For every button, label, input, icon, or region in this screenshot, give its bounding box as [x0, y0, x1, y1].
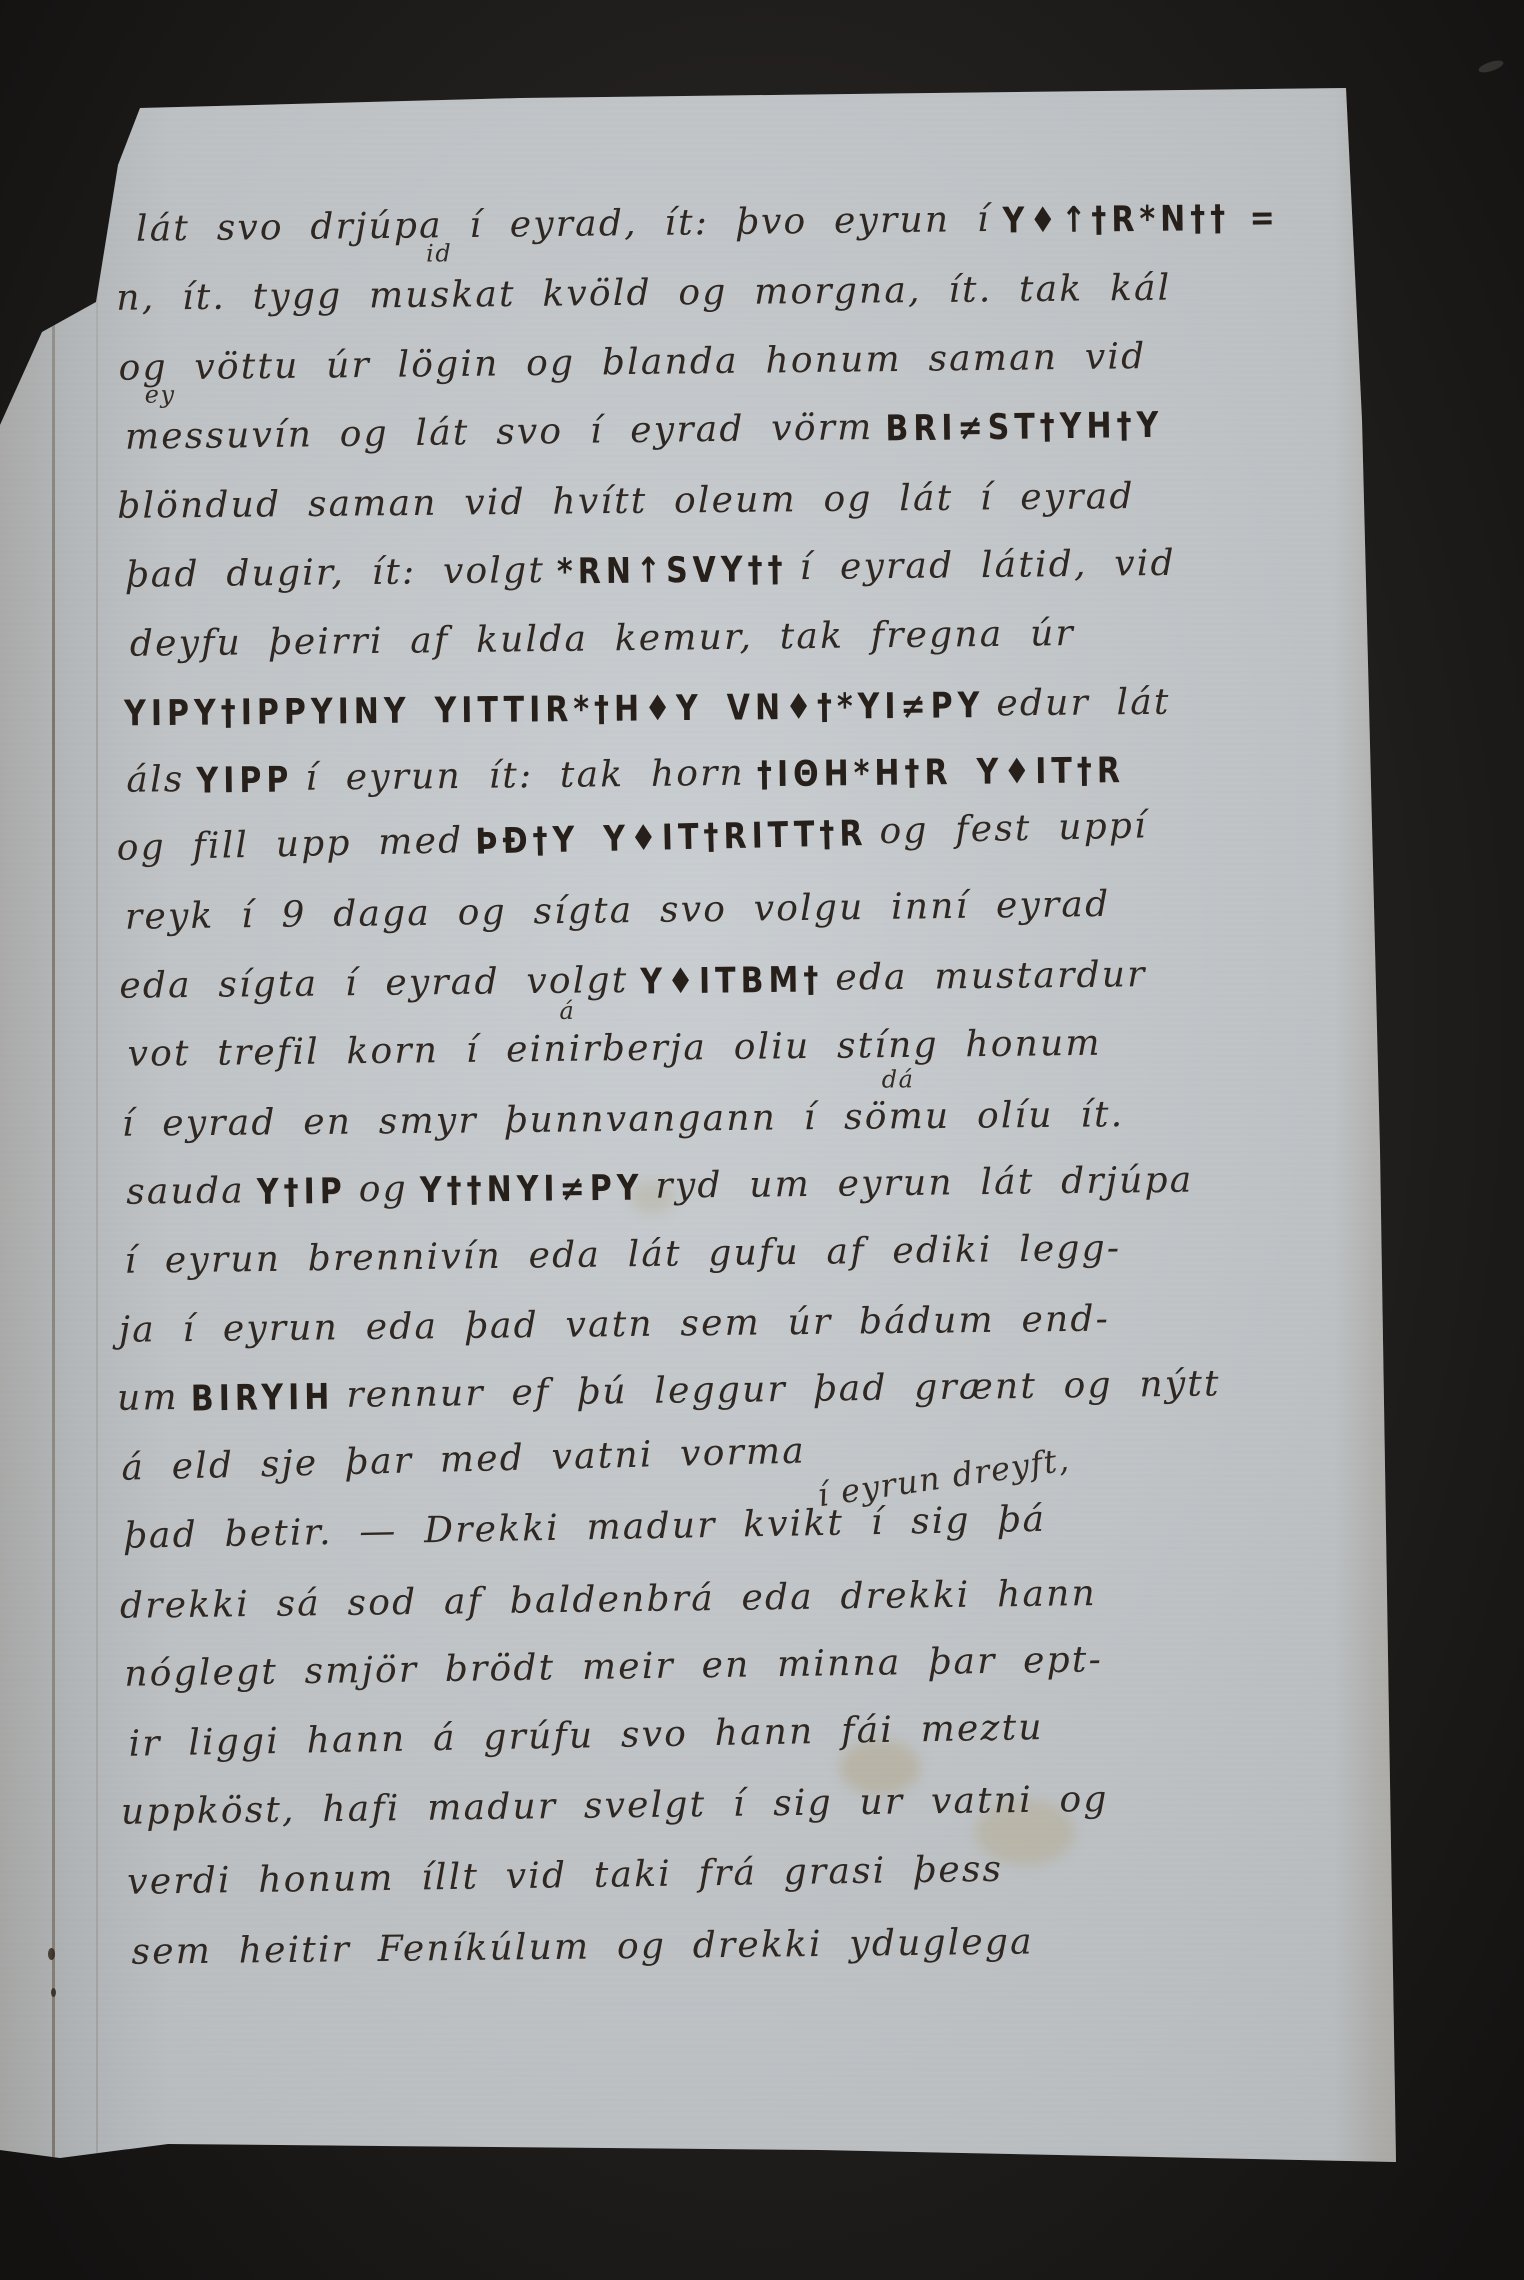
runic-cipher-segment: YIPY†IPPYINY	[124, 694, 411, 732]
text-line: á eld sje þar med vatni vorma	[121, 1429, 807, 1490]
text-line: reyk í 9 daga og sígta svo volgu inní ey…	[125, 883, 1111, 939]
handwriting-segment: í eyrad en smyr þunnvangann í sömu olíu …	[122, 1094, 1125, 1145]
handwriting-segment: blöndud saman vid hvítt oleum og lát í e…	[117, 476, 1135, 527]
text-block: lát svo drjúpa í eyrad, ít: þvo eyrun íY…	[0, 0, 1524, 2280]
text-line: lát svo drjúpa í eyrad, ít: þvo eyrun íY…	[136, 195, 1292, 251]
text-line: saudaY†IPogY††NYI≠PYryd um eyrun lát drj…	[126, 1159, 1194, 1214]
handwriting-segment: þad betir. — Drekki madur kvikt í sig þá	[123, 1499, 1046, 1557]
runic-cipher-segment: Y♦IT†R	[976, 754, 1125, 791]
text-line: ir liggi hann á grúfu svo hann fái meztu	[128, 1706, 1044, 1766]
handwriting-segment: og fest uppí	[879, 805, 1148, 852]
handwriting-segment: verdi honum íllt vid taki frá grasi þess	[127, 1849, 1004, 1903]
handwriting-segment: í eyrun brennivín eda lát gufu af ediki …	[124, 1228, 1121, 1282]
handwriting-segment: drekki sá sod af baldenbrá eda drekki ha…	[120, 1573, 1097, 1627]
text-line: blöndud saman vid hvítt oleum og lát í e…	[117, 475, 1135, 528]
handwriting-segment: lát svo drjúpa í eyrad, ít: þvo eyrun í	[136, 199, 991, 250]
runic-cipher-segment: *RN↑SVY††	[557, 553, 788, 591]
handwriting-segment: og vöttu úr lögin og blanda honum saman …	[118, 336, 1146, 389]
runic-cipher-segment: Y♦↑†R*N†† =	[1002, 201, 1280, 240]
runic-cipher-segment: Y††NYI≠PY	[420, 1171, 644, 1209]
manuscript-scan: lát svo drjúpa í eyrad, ít: þvo eyrun íY…	[0, 0, 1524, 2280]
handwriting-segment: í eyrun ít: tak horn	[305, 753, 745, 799]
handwriting-segment: reyk í 9 daga og sígta svo volgu inní ey…	[125, 884, 1111, 938]
text-line: drekki sá sod af baldenbrá eda drekki ha…	[120, 1572, 1097, 1628]
text-line: umBIRYIHrennur ef þú leggur þad grænt og…	[117, 1362, 1221, 1420]
runic-cipher-segment: VN♦†*YI≠PY	[727, 689, 985, 727]
text-line: uppköst, hafi madur svelgt í sig ur vatn…	[121, 1778, 1109, 1834]
handwriting-segment: ja í eyrun eda þad vatn sem úr bádum end…	[119, 1299, 1111, 1351]
handwriting-segment: þad dugir, ít: volgt	[125, 550, 545, 596]
handwriting-segment: messuvín og lát svo í eyrad vörm	[125, 407, 874, 458]
handwriting-segment: nóglegt smjör brödt meir en minna þar ep…	[124, 1639, 1103, 1695]
runic-cipher-segment: YITTIR*†H♦Y	[434, 692, 703, 730]
text-line: álsYIPPí eyrun ít: tak horn†IΘH*H†RY♦IT†…	[126, 747, 1137, 802]
runic-cipher-segment: Y♦ITBM†	[640, 963, 823, 1000]
handwriting-segment: rennur ef þú leggur þad grænt og nýtt	[346, 1363, 1221, 1415]
text-line: deyfu þeirri af kulda kemur, tak fregna …	[130, 612, 1076, 666]
text-line: þad dugir, ít: volgt*RN↑SVY††í eyrad lát…	[125, 542, 1176, 597]
handwriting-segment: sauda	[126, 1170, 245, 1212]
text-line: eda sígta í eyrad volgtY♦ITBM†eda mustar…	[119, 953, 1147, 1008]
marginal-note: dá	[882, 1067, 915, 1091]
text-line: og fill upp medÞÐ†YY♦IT†RITT†Rog fest up…	[116, 804, 1148, 870]
handwriting-segment: ryd um eyrun lát drjúpa	[655, 1160, 1194, 1207]
runic-cipher-segment: BRI≠ST†YH†Y	[885, 408, 1163, 447]
handwriting-segment: n, ít. tygg muskat kvöld og morgna, ít. …	[116, 268, 1171, 319]
text-line: ja í eyrun eda þad vatn sem úr bádum end…	[119, 1298, 1111, 1352]
handwriting-segment: og	[358, 1169, 408, 1211]
marginal-note: id	[426, 241, 452, 265]
runic-cipher-segment: YIPP	[196, 763, 293, 799]
text-line: sem heitir Feníkúlum og drekki yduglega	[131, 1921, 1034, 1974]
background-smudge	[1477, 58, 1505, 75]
manuscript-page: lát svo drjúpa í eyrad, ít: þvo eyrun íY…	[0, 0, 1524, 2280]
handwriting-segment: um	[117, 1377, 179, 1419]
handwriting-segment: uppköst, hafi madur svelgt í sig ur vatn…	[121, 1779, 1109, 1833]
text-line: og vöttu úr lögin og blanda honum saman …	[118, 335, 1146, 390]
text-line: YIPY†IPPYINYYITTIR*†H♦YVN♦†*YI≠PYedur lá…	[124, 681, 1171, 734]
handwriting-segment: í eyrad látid, vid	[799, 543, 1176, 588]
handwriting-segment: eda mustardur	[835, 954, 1147, 999]
marginal-note: á	[559, 999, 575, 1023]
handwriting-segment: edur lát	[996, 682, 1171, 725]
handwriting-segment: og fill upp med	[116, 820, 463, 869]
text-line: n, ít. tygg muskat kvöld og morgna, ít. …	[116, 267, 1171, 320]
runic-cipher-segment: Y†IP	[257, 1175, 347, 1211]
runic-cipher-segment: BIRYIH	[191, 1380, 335, 1417]
runic-cipher-segment: †IΘH*H†R	[757, 756, 953, 794]
runic-cipher-segment: ÞÐ†Y	[475, 823, 580, 861]
runic-cipher-segment: Y♦IT†RITT†R	[603, 817, 868, 858]
handwriting-segment: eda sígta í eyrad volgt	[119, 960, 628, 1007]
text-line: í eyrad en smyr þunnvangann í sömu olíu …	[122, 1093, 1125, 1146]
handwriting-segment: deyfu þeirri af kulda kemur, tak fregna …	[130, 613, 1076, 665]
handwriting-segment: ir liggi hann á grúfu svo hann fái meztu	[128, 1707, 1044, 1765]
text-line: vot trefil korn í einirberja oliu stíng …	[127, 1022, 1102, 1076]
handwriting-segment: á eld sje þar med vatni vorma	[121, 1430, 807, 1488]
text-line: í eyrun brennivín eda lát gufu af ediki …	[124, 1227, 1121, 1283]
text-line: nóglegt smjör brödt meir en minna þar ep…	[124, 1638, 1103, 1696]
handwriting-segment: áls	[126, 759, 185, 801]
handwriting-segment: vot trefil korn í einirberja oliu stíng …	[127, 1023, 1102, 1075]
text-line: messuvín og lát svo í eyrad vörmBRI≠ST†Y…	[125, 402, 1176, 459]
text-line: verdi honum íllt vid taki frá grasi þess	[127, 1848, 1004, 1904]
text-line: þad betir. — Drekki madur kvikt í sig þá	[123, 1498, 1046, 1558]
marginal-note: ey	[145, 383, 176, 407]
handwriting-segment: sem heitir Feníkúlum og drekki yduglega	[131, 1922, 1034, 1973]
